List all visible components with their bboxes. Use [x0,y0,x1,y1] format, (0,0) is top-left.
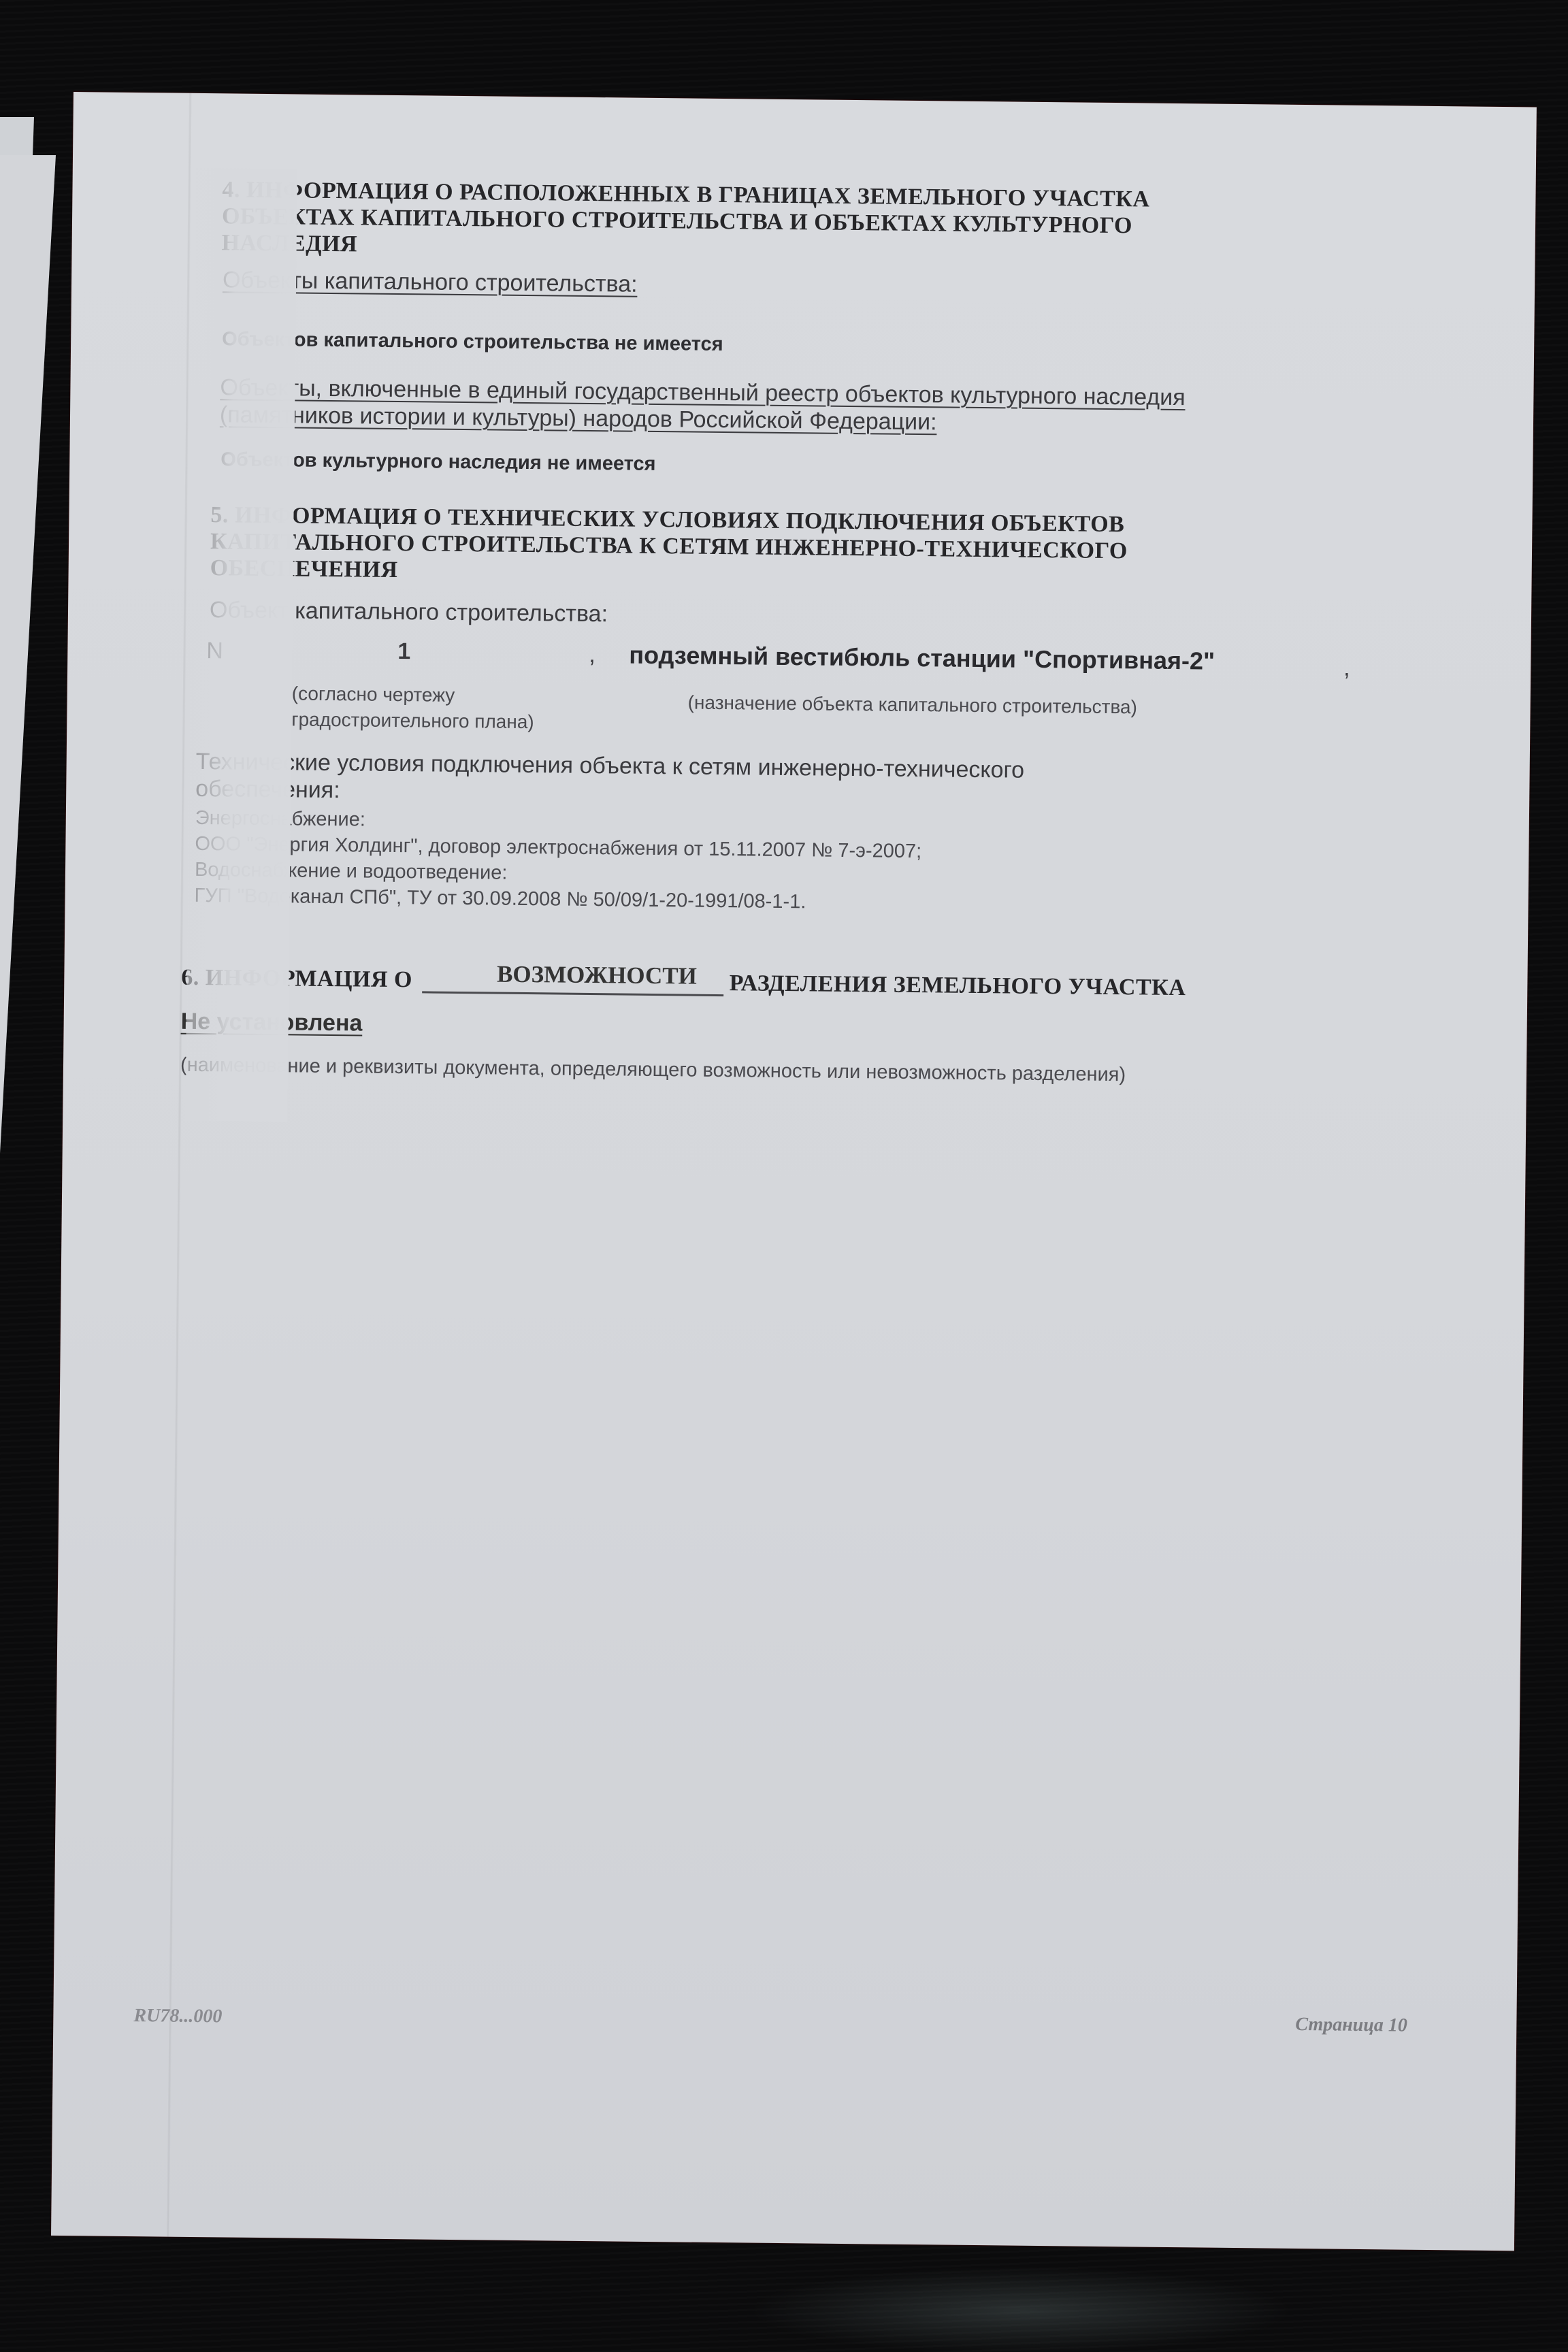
footer-page-number: Страница 10 [1295,2014,1407,2037]
separator: , [1343,655,1350,682]
section5-heading: 5. ИНФОРМАЦИЯ О ТЕХНИЧЕСКИХ УСЛОВИЯХ ПОД… [210,502,1128,591]
section4-capital-value: Объектов капитального строительства не и… [222,328,723,356]
faded-margin-overlay [185,168,297,1122]
section6-heading: 6. ИНФОРМАЦИЯ О ВОЗМОЖНОСТИ РАЗДЕЛЕНИЯ З… [181,958,1186,1001]
conditions-label: Технические условия подключения объекта … [195,748,1024,811]
heading-suffix: РАЗДЕЛЕНИЯ ЗЕМЕЛЬНОГО УЧАСТКА [730,970,1186,1001]
object-purpose-value: подземный вестибюль станции "Спортивная-… [629,641,1215,676]
object-number-value: 1 [397,638,410,665]
document-page: 4. ИНФОРМАЦИЯ О РАСПОЛОЖЕННЫХ В ГРАНИЦАХ… [51,92,1537,2251]
object-purpose-caption: (назначение объекта капитального строите… [687,692,1137,719]
footer-doc-number: RU78...000 [133,2005,222,2027]
caption-line: (согласно чертежу [292,681,535,709]
heading-blank-value: ВОЗМОЖНОСТИ [422,960,724,996]
separator: , [589,642,595,668]
section4-heritage-label: Объекты, включенные в единый государстве… [220,374,1186,438]
conditions-list: Энергоснабжение: ООО "Энергия Холдинг", … [194,805,921,916]
caption-line: градостроительного плана) [291,706,534,735]
section4-heading: 4. ИНФОРМАЦИЯ О РАСПОЛОЖЕННЫХ В ГРАНИЦАХ… [221,176,1149,265]
section6-caption: (наименование и реквизиты документа, опр… [180,1054,1126,1087]
desk-glare [749,2266,1293,2352]
object-number-caption: (согласно чертежу градостроительного пла… [291,681,534,735]
